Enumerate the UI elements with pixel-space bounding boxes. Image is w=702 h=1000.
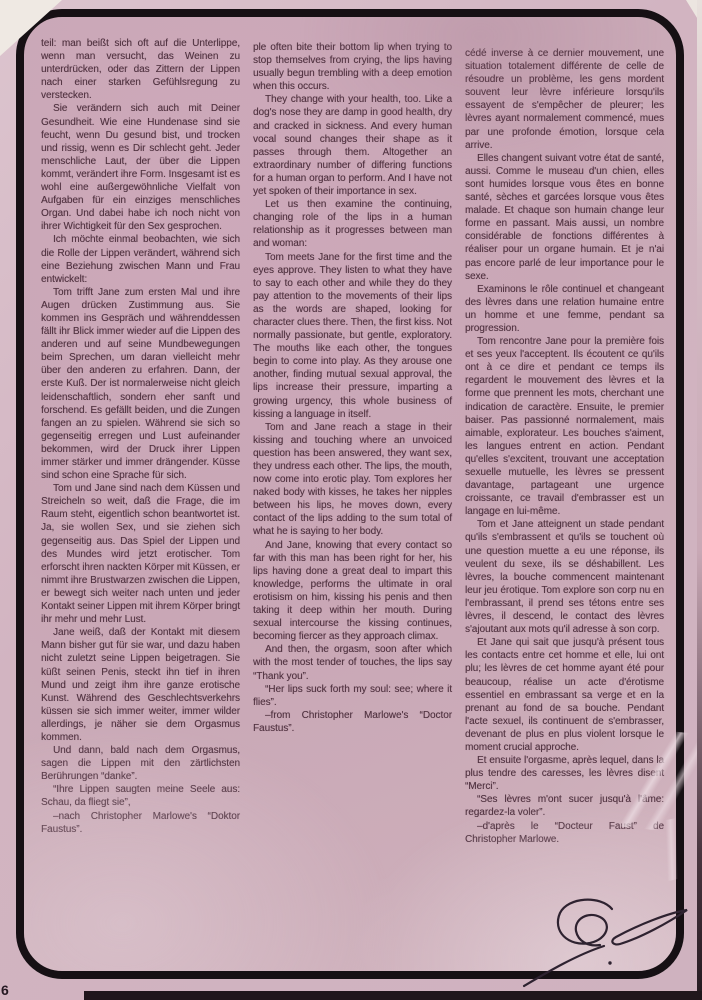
column-english: ple often bite their bottom lip when try… — [253, 27, 452, 971]
paragraph: Ich möchte einmal beobachten, wie sich d… — [41, 233, 240, 285]
paragraph: Et Jane qui sait que jusqu'à présent tou… — [465, 636, 664, 754]
page-frame-border: teil: man beißt sich oft auf die Unterli… — [16, 9, 684, 979]
paragraph: ple often bite their bottom lip when try… — [253, 41, 452, 93]
paragraph: Jane weiß, daß der Kontakt mit diesem Ma… — [41, 626, 240, 744]
paragraph: Tom trifft Jane zum ersten Mal und ihre … — [41, 286, 240, 482]
paragraph: teil: man beißt sich oft auf die Unterli… — [41, 37, 240, 102]
paragraph: “Her lips suck forth my soul: see; where… — [253, 683, 452, 709]
paragraph: And Jane, knowing that every contact so … — [253, 539, 452, 644]
paragraph: –from Christopher Marlowe's “Doctor Faus… — [253, 709, 452, 735]
paragraph: Tom et Jane atteignent un stade pendant … — [465, 518, 664, 636]
paragraph: Examinons le rôle continuel et changeant… — [465, 283, 664, 335]
scan-edge-bottom — [84, 991, 702, 1000]
paragraph: Tom and Jane reach a stage in their kiss… — [253, 421, 452, 539]
paragraph: “Ses lèvres m'ont sucer jusqu'à l'âme: r… — [465, 793, 664, 819]
column-french: cédé inverse à ce dernier mouvement, une… — [465, 27, 664, 971]
paragraph: Tom rencontre Jane pour la première fois… — [465, 335, 664, 518]
paragraph: And then, the orgasm, soon after which w… — [253, 643, 452, 682]
paragraph: Elles changent suivant votre état de san… — [465, 152, 664, 283]
paragraph: Sie verändern sich auch mit Deiner Gesun… — [41, 102, 240, 233]
scan-edge-right — [697, 0, 702, 1000]
three-column-text: teil: man beißt sich oft auf die Unterli… — [24, 17, 676, 971]
paragraph: cédé inverse à ce dernier mouvement, une… — [465, 47, 664, 152]
paragraph: Tom und Jane sind nach dem Küssen und St… — [41, 482, 240, 626]
signature-scribble-icon — [516, 888, 691, 990]
paragraph: “Ihre Lippen saugten meine Seele aus: Sc… — [41, 783, 240, 809]
paragraph: They change with your health, too. Like … — [253, 93, 452, 198]
paragraph: Et ensuite l'orgasme, après lequel, dans… — [465, 754, 664, 793]
paragraph: Tom meets Jane for the first time and th… — [253, 251, 452, 421]
column-german: teil: man beißt sich oft auf die Unterli… — [41, 27, 240, 971]
paragraph: –d'après le “Docteur Faust” de Christoph… — [465, 820, 664, 846]
paragraph: Und dann, bald nach dem Orgasmus, sagen … — [41, 744, 240, 783]
paragraph: –nach Christopher Marlowe's “Doktor Faus… — [41, 810, 240, 836]
paragraph: Let us then examine the continuing, chan… — [253, 198, 452, 250]
page-number: 6 — [1, 982, 9, 998]
